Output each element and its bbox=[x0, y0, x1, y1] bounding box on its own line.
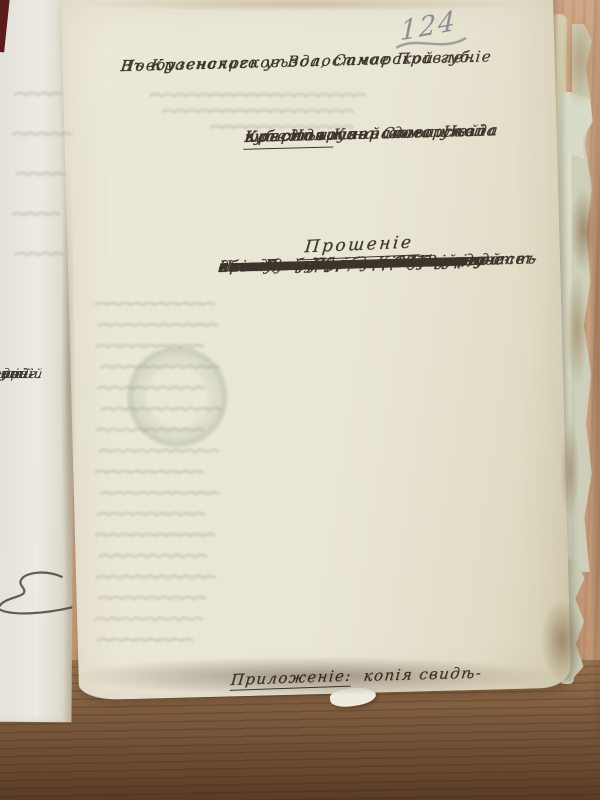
header-line: Новоузенскаго уѣзда, Самарской губ. bbox=[119, 44, 478, 79]
attachment-line: Приложеніе:копія свидѣ- bbox=[230, 664, 484, 691]
photo-of-archival-document: кут- ѣоярчтораси-ншейеденійпред-вшійвъ с… bbox=[0, 0, 600, 800]
petition-line: скаго уѣзда. bbox=[217, 254, 337, 277]
attachment-text: копія свидѣ- bbox=[363, 664, 484, 685]
petitioner-identity: Крестьянина Самарской губ. Новоузенскаго… bbox=[243, 120, 555, 150]
text-fragment: въ с.г. bbox=[0, 365, 43, 385]
addressee-line: штедтъ. bbox=[243, 125, 335, 149]
petition-page: 124 Въ Красноярское Волостное Правленіе … bbox=[61, 0, 571, 700]
attachment-label: Приложеніе: bbox=[230, 667, 353, 691]
stamp-bleedthrough bbox=[126, 345, 229, 448]
addressed-to: Въ Красноярское Волостное Правленіе Ново… bbox=[122, 43, 502, 53]
left-page-text-fragments: кут- ѣоярчтораси-ншейеденійпред-вшійвъ с… bbox=[0, 365, 66, 366]
signature-flourish bbox=[0, 569, 83, 625]
